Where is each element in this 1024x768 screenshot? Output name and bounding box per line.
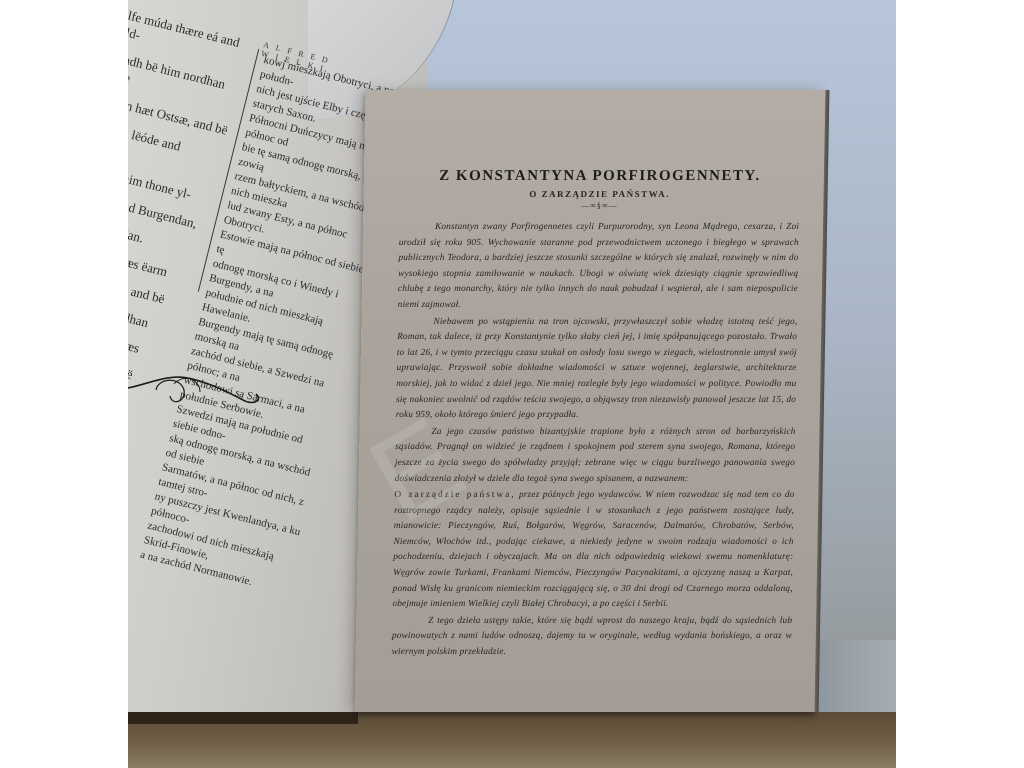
paragraph: Z tego dzieła ustępy takie, które się bą…	[391, 614, 792, 661]
spaced-heading: O zarządzie państwa,	[394, 490, 515, 500]
ornament-divider: —∞§∞—	[399, 201, 799, 210]
chapter-subtitle: O ZARZĄDZIE PAŃSTWA.	[400, 189, 800, 199]
right-page-text: Z KONSTANTYNA PORFIROGENNETY. O ZARZĄDZI…	[391, 168, 800, 662]
paragraph: Konstantyn zwany Porfirogennetes czyli P…	[398, 220, 800, 314]
paragraph: Niebawem po wstąpieniu na tron ojcowski,…	[396, 315, 798, 424]
paragraph-text: przez późnych jego wydawców. W niem rozw…	[392, 490, 794, 609]
right-page: Z KONSTANTYNA PORFIROGENNETY. O ZARZĄDZI…	[355, 90, 826, 712]
book-cover-edge	[128, 712, 358, 724]
paragraph: O zarządzie państwa, przez późnych jego …	[392, 488, 794, 613]
page-edge	[815, 90, 830, 712]
chapter-title: Z KONSTANTYNA PORFIROGENNETY.	[400, 168, 800, 185]
ornamental-flourish-icon	[128, 360, 278, 410]
book-photo: ALFRED WIELKI Ælfe múda thære eá and Eal…	[128, 0, 896, 768]
paragraph: Za jego czasów państwo bizantyjskie trap…	[394, 425, 795, 487]
